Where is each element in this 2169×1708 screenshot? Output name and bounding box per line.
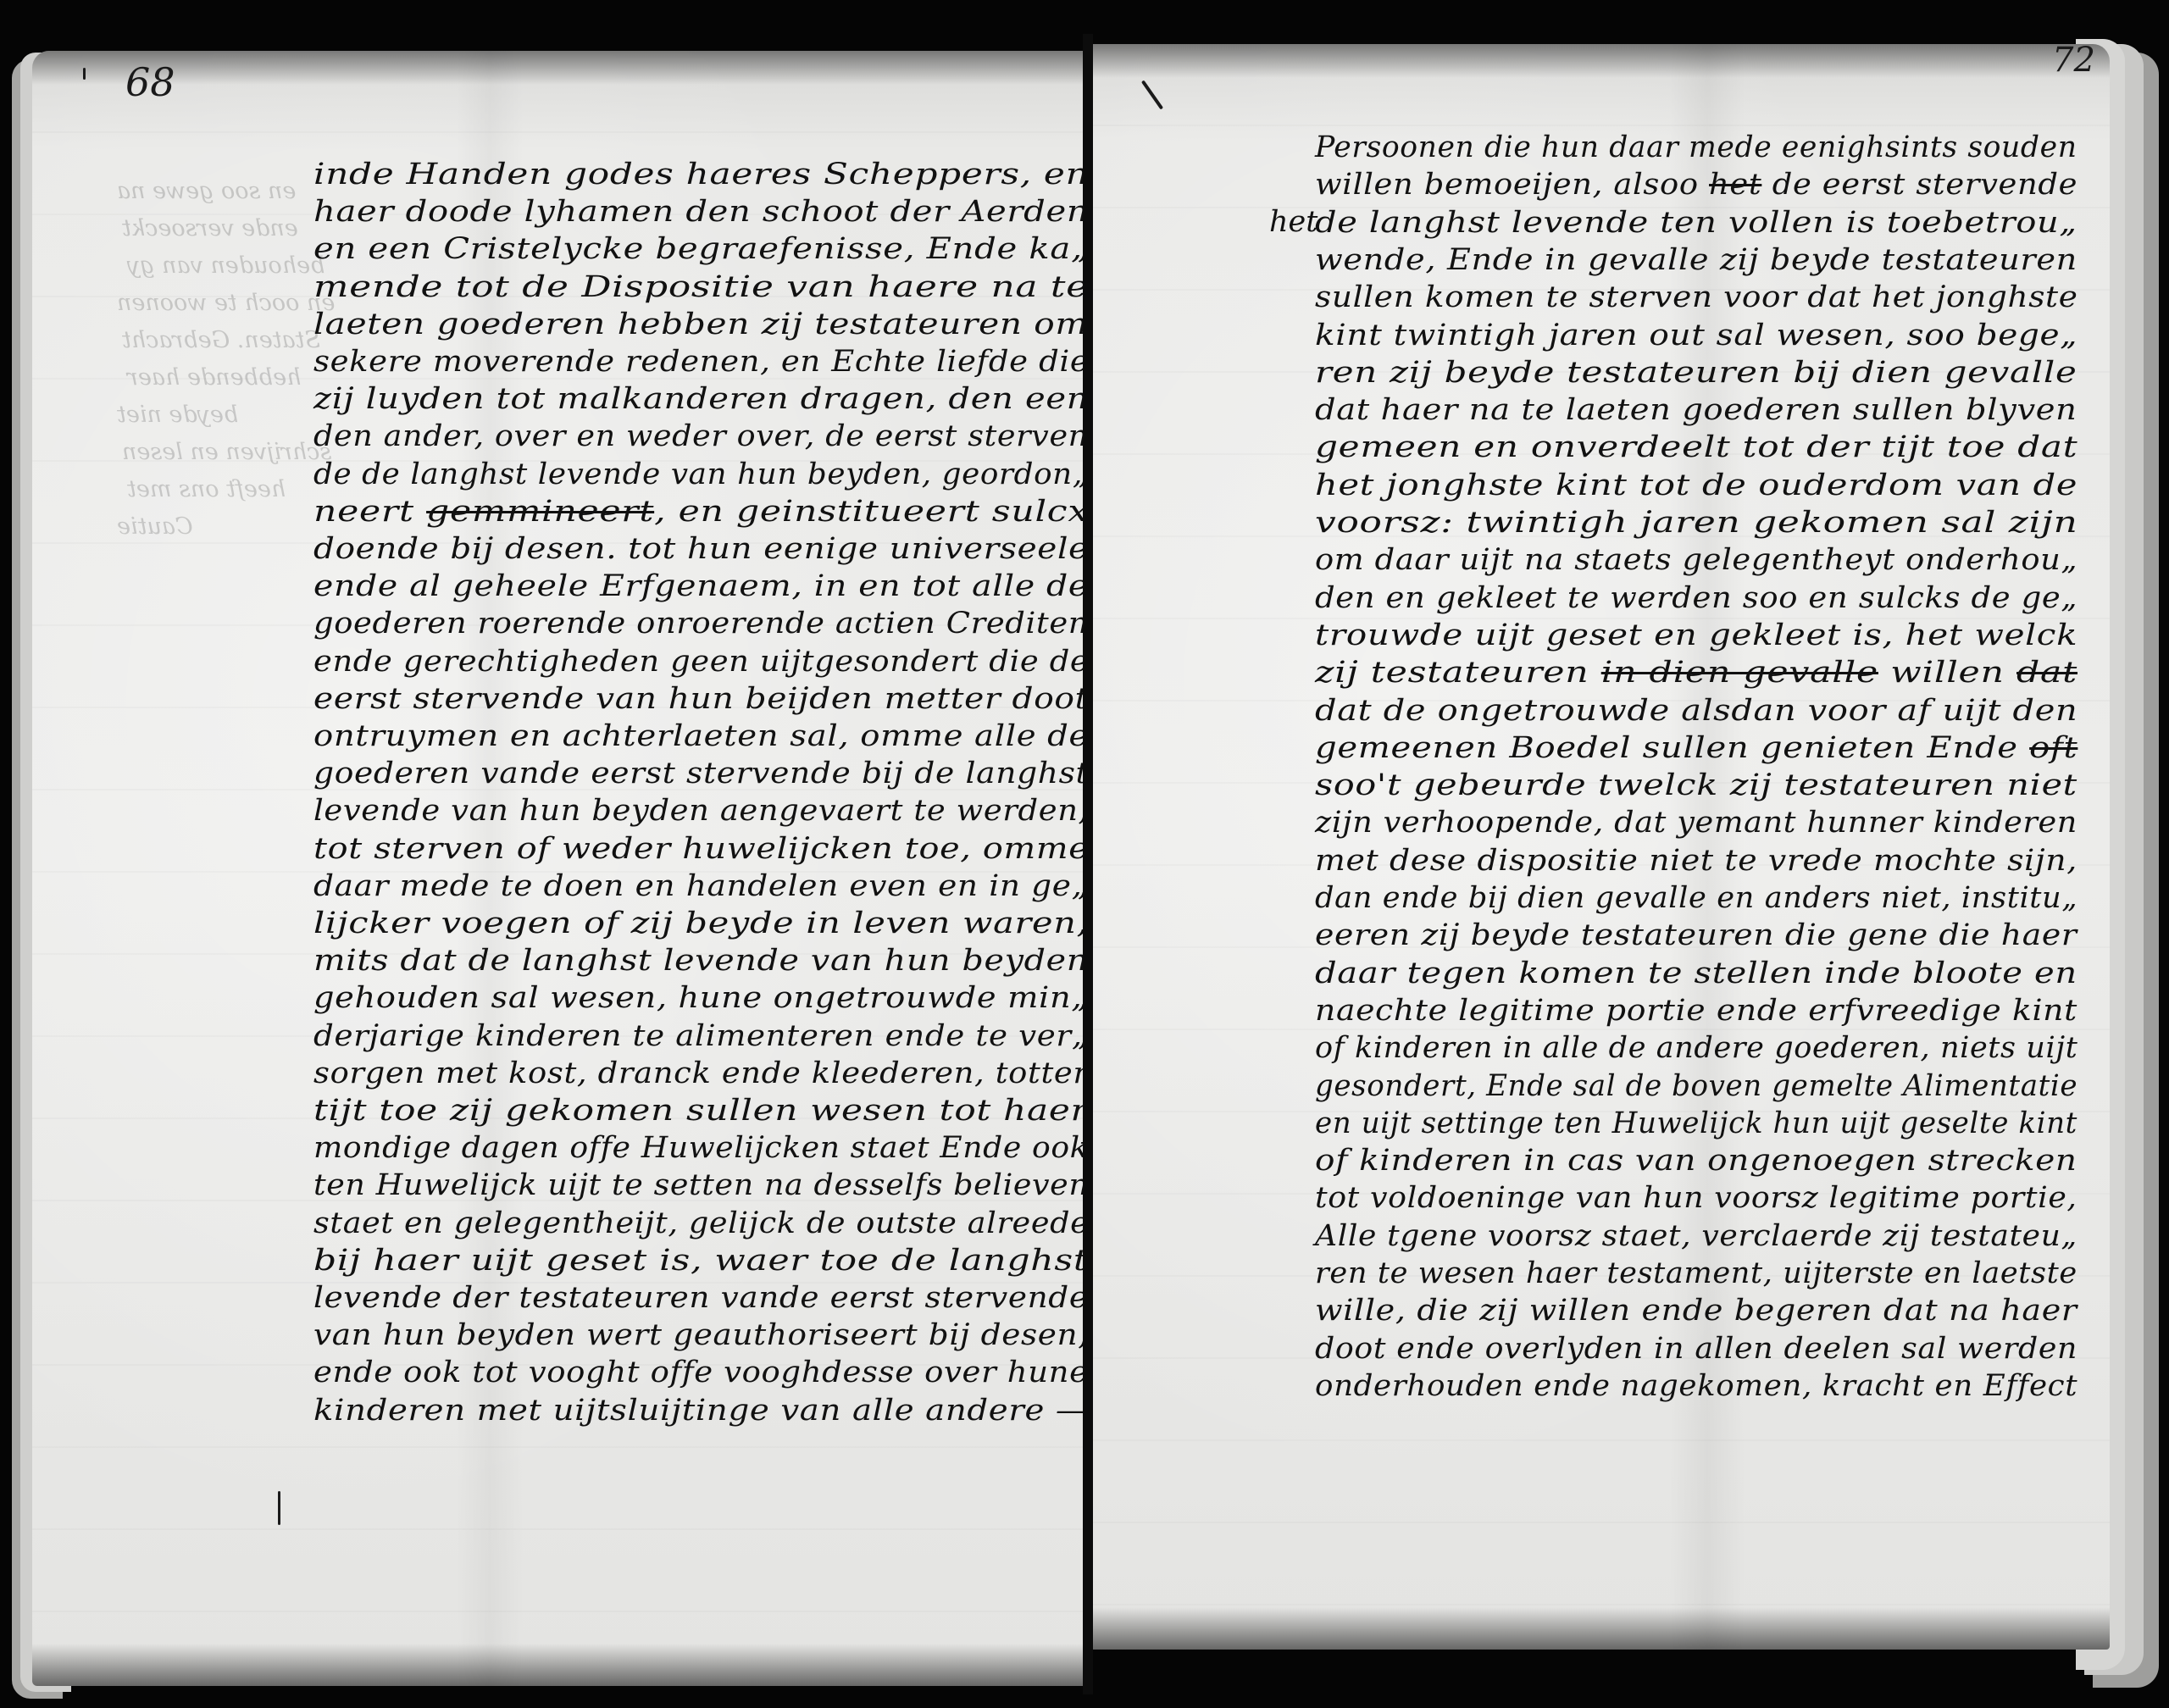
text-line: ren te wesen haer testament, uijterste e… <box>1315 1255 2077 1292</box>
text-line: dat haer na te laeten goederen sullen bl… <box>1315 391 2077 429</box>
line-text: Alle tgene voorsz staet, verclaerde zij … <box>1315 1219 2077 1253</box>
bleed-through-line: en soo gewe na <box>117 178 296 204</box>
text-line: de langhst levende ten vollen is toebetr… <box>1315 204 2077 241</box>
line-text: eeren zij beyde testateuren die gene die… <box>1315 918 2077 952</box>
text-line: dan ende bij dien gevalle en anders niet… <box>1315 879 2077 917</box>
line-text: tot voldoeninge van hun voorsz legitime … <box>1315 1181 2077 1215</box>
text-line: ren zij beyde testateuren bij dien geval… <box>1315 354 2077 391</box>
text-line: of kinderen in cas van ongenoegen streck… <box>1315 1142 2077 1179</box>
line-text: voorsz: twintigh jaren gekomen sal zijn <box>1315 506 2078 540</box>
line-text: mits dat de langhst levende van hun beyd… <box>313 944 1087 978</box>
text-line: soo't gebeurde twelck zij testateuren ni… <box>1315 767 2077 804</box>
line-text: zijn verhoopende, dat yemant hunner kind… <box>1315 806 2077 840</box>
line-text: of kinderen in cas van ongenoegen streck… <box>1315 1144 2077 1178</box>
line-text: tot sterven of weder huwelijcken toe, om… <box>313 832 1087 866</box>
text-line: haer doode lyhamen den schoot der Aerden <box>313 193 1087 230</box>
line-text: staet en gelegentheijt, gelijck de outst… <box>313 1206 1087 1240</box>
line-text: de langhst levende ten vollen is toebetr… <box>1315 206 2077 240</box>
text-line: zijn verhoopende, dat yemant hunner kind… <box>1315 804 2077 841</box>
line-text: ren te wesen haer testament, uijterste e… <box>1315 1256 2077 1290</box>
line-text: sekere moverende redenen, en Echte liefd… <box>313 345 1087 379</box>
line-text: zij testateuren <box>1315 656 1601 690</box>
right-page: 72 het Persoonen die hun daar mede eenig… <box>1093 44 2110 1650</box>
line-text: wille, die zij willen ende begeren dat n… <box>1315 1294 2077 1328</box>
struck-through-word: in dien gevalle <box>1601 656 1878 690</box>
text-line: sullen komen te sterven voor dat het jon… <box>1315 279 2078 316</box>
right-page-top-edge <box>1093 44 2110 78</box>
line-text: goederen vande eerst stervende bij de la… <box>313 757 1087 790</box>
text-line: mende tot de Dispositie van haere na te <box>313 269 1087 306</box>
text-line: daar mede te doen en handelen even en in… <box>313 868 1087 905</box>
bleed-through-line: Cautie <box>117 513 193 540</box>
text-line: of kinderen in alle de andere goederen, … <box>1315 1029 2077 1067</box>
text-line: met dese dispositie niet te vrede mochte… <box>1315 842 2077 879</box>
struck-through-word: gemmineert <box>426 495 654 529</box>
text-line: het jonghste kint tot de ouderdom van de <box>1315 467 2077 504</box>
line-text: ontruymen en achterlaeten sal, omme alle… <box>313 719 1087 753</box>
text-line: goederen vande eerst stervende bij de la… <box>313 755 1087 792</box>
text-line: mits dat de langhst levende van hun beyd… <box>313 942 1087 979</box>
text-line: ende al geheele Erfgenaem, in en tot all… <box>313 568 1087 605</box>
left-page: 68 en soo gewe naende versoecktbehouden … <box>32 51 1087 1686</box>
line-text: goederen roerende onroerende actien Cred… <box>313 607 1087 640</box>
bleed-through-line: behouden van gy <box>127 252 325 279</box>
line-text: den en gekleet te werden soo en sulcks d… <box>1315 581 2077 615</box>
text-line: eerst stervende van hun beijden metter d… <box>313 680 1087 718</box>
struck-through-word: dat <box>2016 656 2077 690</box>
text-line: inde Handen godes haeres Scheppers, en <box>313 156 1087 193</box>
pen-mark <box>83 68 86 80</box>
line-text: kinderen met uijtsluijtinge van alle and… <box>313 1394 1087 1428</box>
line-text: mondige dagen offe Huwelijcken staet End… <box>313 1131 1087 1165</box>
line-text: de eerst stervende <box>1761 168 2077 202</box>
text-line: lijcker voegen of zij beyde in leven war… <box>313 905 1087 942</box>
line-text: , en geinstitueert sulcx <box>654 495 1087 529</box>
bleed-through-line: ende versoeckt <box>122 215 298 241</box>
line-text: eerst stervende van hun beijden metter d… <box>313 682 1087 716</box>
text-line: ontruymen en achterlaeten sal, omme alle… <box>313 718 1087 755</box>
line-text: en een Cristelycke begraefenisse, Ende k… <box>313 232 1087 266</box>
text-line: neert gemmineert, en geinstitueert sulcx <box>313 493 1087 530</box>
line-text: met dese dispositie niet te vrede mochte… <box>1315 844 2077 878</box>
bleed-through-line: heeft ons met <box>127 476 286 502</box>
line-text: ten Huwelijck uijt te setten na desselfs… <box>313 1168 1087 1202</box>
line-text: haer doode lyhamen den schoot der Aerden <box>313 195 1087 229</box>
line-text: willen <box>1878 656 2016 690</box>
line-text: mende tot de Dispositie van haere na te <box>313 270 1087 304</box>
margin-note: het <box>1269 205 1317 239</box>
line-text: levende van hun beyden aengevaert te wer… <box>313 794 1087 828</box>
line-text: den ander, over en weder over, de eerst … <box>313 419 1087 453</box>
line-text: gemeenen Boedel sullen genieten Ende <box>1315 731 2029 765</box>
text-line: kinderen met uijtsluijtinge van alle and… <box>313 1392 1087 1429</box>
text-line: zij testateuren in dien gevalle willen d… <box>1315 654 2077 691</box>
line-text: en uijt settinge ten Huwelijck hun uijt … <box>1315 1106 2077 1140</box>
line-text: ende al geheele Erfgenaem, in en tot all… <box>313 569 1087 603</box>
text-line: derjarige kinderen te alimenteren ende t… <box>313 1018 1087 1055</box>
text-line: kint twintigh jaren out sal wesen, soo b… <box>1315 317 2077 354</box>
text-line: mondige dagen offe Huwelijcken staet End… <box>313 1129 1087 1167</box>
text-line: Alle tgene voorsz staet, verclaerde zij … <box>1315 1217 2077 1255</box>
text-line: laeten goederen hebben zij testateuren o… <box>313 306 1087 343</box>
line-text: gemeen en onverdeelt tot der tijt toe da… <box>1315 430 2077 464</box>
text-line: Persoonen die hun daar mede eenighsints … <box>1315 129 2077 166</box>
text-line: gehouden sal wesen, hune ongetrouwde min… <box>313 979 1087 1017</box>
line-text: trouwde uijt geset en gekleet is, het we… <box>1315 618 2077 652</box>
line-text: Persoonen die hun daar mede eenighsints … <box>1315 130 2077 164</box>
right-page-number: 72 <box>2052 44 2095 80</box>
text-line: tijt toe zij gekomen sullen wesen tot ha… <box>313 1092 1087 1129</box>
right-page-bottom-edge <box>1093 1607 2110 1650</box>
text-line: trouwde uijt geset en gekleet is, het we… <box>1315 617 2077 654</box>
text-line: om daar uijt na staets gelegentheyt onde… <box>1315 541 2077 579</box>
bleed-through-line: beyde niet <box>117 402 238 428</box>
text-line: naechte legitime portie ende erfvreedige… <box>1315 992 2077 1029</box>
left-page-number: 68 <box>125 59 175 105</box>
text-line: daar tegen komen te stellen inde bloote … <box>1315 955 2077 992</box>
text-line: bij haer uijt geset is, waer toe de lang… <box>313 1242 1087 1279</box>
pen-mark <box>278 1491 280 1525</box>
bleed-through-line: hebbende haer <box>127 364 302 391</box>
text-line: onderhouden ende nagekomen, kracht en Ef… <box>1315 1367 2077 1405</box>
book-gutter <box>1083 34 1093 1694</box>
line-text: tijt toe zij gekomen sullen wesen tot ha… <box>313 1094 1087 1128</box>
pen-stroke-mark <box>1141 80 1163 109</box>
line-text: laeten goederen hebben zij testateuren o… <box>313 308 1087 341</box>
line-text: daar tegen komen te stellen inde bloote … <box>1315 957 2077 990</box>
line-text: dan ende bij dien gevalle en anders niet… <box>1315 881 2077 915</box>
text-line: den ander, over en weder over, de eerst … <box>313 418 1087 455</box>
struck-through-word: het <box>1709 168 1761 202</box>
text-line: ten Huwelijck uijt te setten na desselfs… <box>313 1167 1087 1204</box>
text-line: zij luyden tot malkanderen dragen, den e… <box>313 380 1087 418</box>
text-line: de de langhst levende van hun beyden, ge… <box>313 456 1087 493</box>
line-text: dat haer na te laeten goederen sullen bl… <box>1315 393 2077 427</box>
text-line: en een Cristelycke begraefenisse, Ende k… <box>313 230 1087 268</box>
text-line: levende der testateuren vande eerst ster… <box>313 1279 1087 1317</box>
text-line: voorsz: twintigh jaren gekomen sal zijn <box>1315 504 2078 541</box>
line-text: van hun beyden wert geauthoriseert bij d… <box>313 1318 1087 1352</box>
left-page-bottom-edge <box>32 1644 1087 1686</box>
line-text: kint twintigh jaren out sal wesen, soo b… <box>1315 319 2077 352</box>
text-line: den en gekleet te werden soo en sulcks d… <box>1315 579 2077 617</box>
line-text: sorgen met kost, dranck ende kleederen, … <box>313 1056 1087 1090</box>
line-text: willen bemoeijen, alsoo <box>1315 168 1709 202</box>
struck-through-word: oft <box>2029 731 2077 765</box>
text-line: gemeen en onverdeelt tot der tijt toe da… <box>1315 429 2077 466</box>
line-text: bij haer uijt geset is, waer toe de lang… <box>313 1244 1087 1278</box>
line-text: de de langhst levende van hun beyden, ge… <box>313 457 1087 491</box>
bleed-through-line: schrijven en lesen <box>122 439 331 465</box>
line-text: ren zij beyde testateuren bij dien geval… <box>1315 356 2077 390</box>
text-line: van hun beyden wert geauthoriseert bij d… <box>313 1317 1087 1354</box>
line-text: onderhouden ende nagekomen, kracht en Ef… <box>1315 1369 2077 1403</box>
text-line: wende, Ende in gevalle zij beyde testate… <box>1315 241 2077 279</box>
text-line: ende ook tot vooght offe vooghdesse over… <box>313 1354 1087 1391</box>
line-text: inde Handen godes haeres Scheppers, en <box>313 158 1087 191</box>
line-text: lijcker voegen of zij beyde in leven war… <box>313 907 1087 940</box>
bleed-through-line: en ooch te woonen <box>117 290 335 316</box>
line-text: doot ende overlyden in allen deelen sal … <box>1315 1332 2077 1366</box>
line-text: neert <box>313 495 426 529</box>
line-text: ende gerechtigheden geen uijtgesondert d… <box>313 645 1087 679</box>
line-text: het jonghste kint tot de ouderdom van de <box>1315 469 2077 502</box>
text-line: willen bemoeijen, alsoo het de eerst ste… <box>1315 166 2077 203</box>
line-text: gesondert, Ende sal de boven gemelte Ali… <box>1315 1069 2077 1103</box>
text-line: staet en gelegentheijt, gelijck de outst… <box>313 1205 1087 1242</box>
line-text: dat de ongetrouwde alsdan voor af uijt d… <box>1315 694 2077 728</box>
line-text: wende, Ende in gevalle zij beyde testate… <box>1315 243 2077 277</box>
text-line: ende gerechtigheden geen uijtgesondert d… <box>313 643 1087 680</box>
text-line: tot voldoeninge van hun voorsz legitime … <box>1315 1179 2077 1217</box>
line-text: of kinderen in alle de andere goederen, … <box>1315 1031 2077 1065</box>
line-text: derjarige kinderen te alimenteren ende t… <box>313 1019 1087 1053</box>
line-text: sullen komen te sterven voor dat het jon… <box>1315 280 2078 314</box>
text-line: gemeenen Boedel sullen genieten Ende oft <box>1315 729 2077 767</box>
line-text: naechte legitime portie ende erfvreedige… <box>1315 994 2077 1028</box>
line-text: zij luyden tot malkanderen dragen, den e… <box>313 382 1087 416</box>
text-line: wille, die zij willen ende begeren dat n… <box>1315 1292 2077 1329</box>
text-line: doende bij desen. tot hun eenige univers… <box>313 530 1087 568</box>
text-line: goederen roerende onroerende actien Cred… <box>313 605 1087 642</box>
line-text: gehouden sal wesen, hune ongetrouwde min… <box>313 981 1087 1015</box>
line-text: soo't gebeurde twelck zij testateuren ni… <box>1315 768 2077 802</box>
line-text: om daar uijt na staets gelegentheyt onde… <box>1315 543 2077 577</box>
text-line: tot sterven of weder huwelijcken toe, om… <box>313 830 1087 868</box>
text-line: gesondert, Ende sal de boven gemelte Ali… <box>1315 1067 2077 1105</box>
text-line: dat de ongetrouwde alsdan voor af uijt d… <box>1315 692 2077 729</box>
bleed-through-line: Staten. Gebracht <box>122 327 320 353</box>
line-text: doende bij desen. tot hun eenige univers… <box>313 532 1087 566</box>
text-line: levende van hun beyden aengevaert te wer… <box>313 792 1087 829</box>
text-line: doot ende overlyden in allen deelen sal … <box>1315 1330 2077 1367</box>
left-page-top-edge <box>32 51 1087 85</box>
text-line: sorgen met kost, dranck ende kleederen, … <box>313 1055 1087 1092</box>
line-text: ende ook tot vooght offe vooghdesse over… <box>313 1356 1087 1389</box>
line-text: levende der testateuren vande eerst ster… <box>313 1281 1087 1315</box>
text-line: sekere moverende redenen, en Echte liefd… <box>313 343 1087 380</box>
text-line: eeren zij beyde testateuren die gene die… <box>1315 917 2077 954</box>
line-text: daar mede te doen en handelen even en in… <box>313 869 1087 903</box>
text-line: en uijt settinge ten Huwelijck hun uijt … <box>1315 1105 2077 1142</box>
